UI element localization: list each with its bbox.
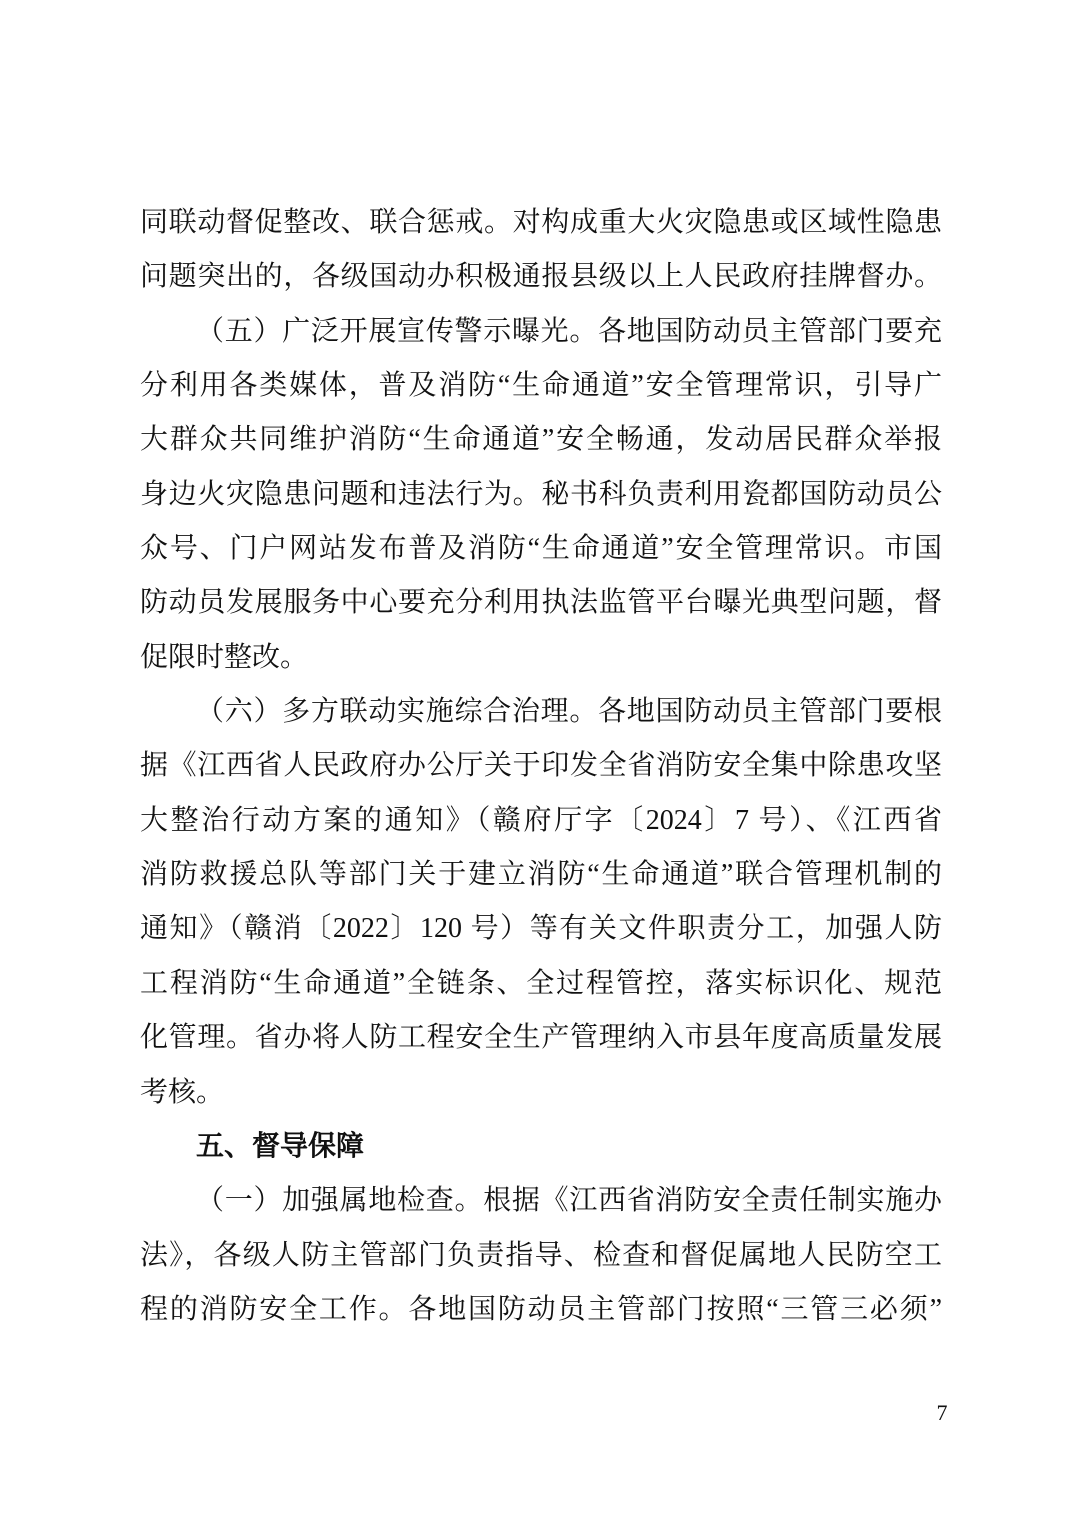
text-line: （一）加强属地检查。根据《江西省消防安全责任制实施办 [140, 1174, 942, 1228]
text-line: 法》，各级人防主管部门负责指导、检查和督促属地人民防空工 [140, 1229, 942, 1283]
text-line: 众号、门户网站发布普及消防“生命通道”安全管理常识。市国 [140, 522, 942, 576]
text-line: 问题突出的，各级国动办积极通报县级以上人民政府挂牌督办。 [140, 250, 942, 304]
text-line: （五）广泛开展宣传警示曝光。各地国防动员主管部门要充 [140, 305, 942, 359]
text-line: 程的消防安全工作。各地国防动员主管部门按照“三管三必须” [140, 1283, 942, 1337]
text-line: 分利用各类媒体，普及消防“生命通道”安全管理常识，引导广 [140, 359, 942, 413]
text-line: 通知》（赣消〔2022〕120 号）等有关文件职责分工，加强人防 [140, 902, 942, 956]
text-line: （六）多方联动实施综合治理。各地国防动员主管部门要根 [140, 685, 942, 739]
text-line: 大整治行动方案的通知》（赣府厅字〔2024〕7 号）、《江西省 [140, 794, 942, 848]
text-line: 化管理。省办将人防工程安全生产管理纳入市县年度高质量发展 [140, 1011, 942, 1065]
text-line: 工程消防“生命通道”全链条、全过程管控，落实标识化、规范 [140, 957, 942, 1011]
text-line: 同联动督促整改、联合惩戒。对构成重大火灾隐患或区域性隐患 [140, 196, 942, 250]
text-line: 促限时整改。 [140, 631, 942, 685]
text-line: 防动员发展服务中心要充分利用执法监管平台曝光典型问题，督 [140, 576, 942, 630]
text-line: 考核。 [140, 1066, 942, 1120]
document-body: 同联动督促整改、联合惩戒。对构成重大火灾隐患或区域性隐患问题突出的，各级国动办积… [140, 196, 942, 1337]
text-line: 身边火灾隐患问题和违法行为。秘书科负责利用瓷都国防动员公 [140, 468, 942, 522]
document-page: 同联动督促整改、联合惩戒。对构成重大火灾隐患或区域性隐患问题突出的，各级国动办积… [0, 0, 1074, 1520]
text-line: 据《江西省人民政府办公厅关于印发全省消防安全集中除患攻坚 [140, 739, 942, 793]
text-line: 大群众共同维护消防“生命通道”安全畅通，发动居民群众举报 [140, 413, 942, 467]
text-line: 消防救援总队等部门关于建立消防“生命通道”联合管理机制的 [140, 848, 942, 902]
page-number: 7 [924, 1400, 960, 1426]
section-heading: 五、督导保障 [140, 1120, 942, 1174]
